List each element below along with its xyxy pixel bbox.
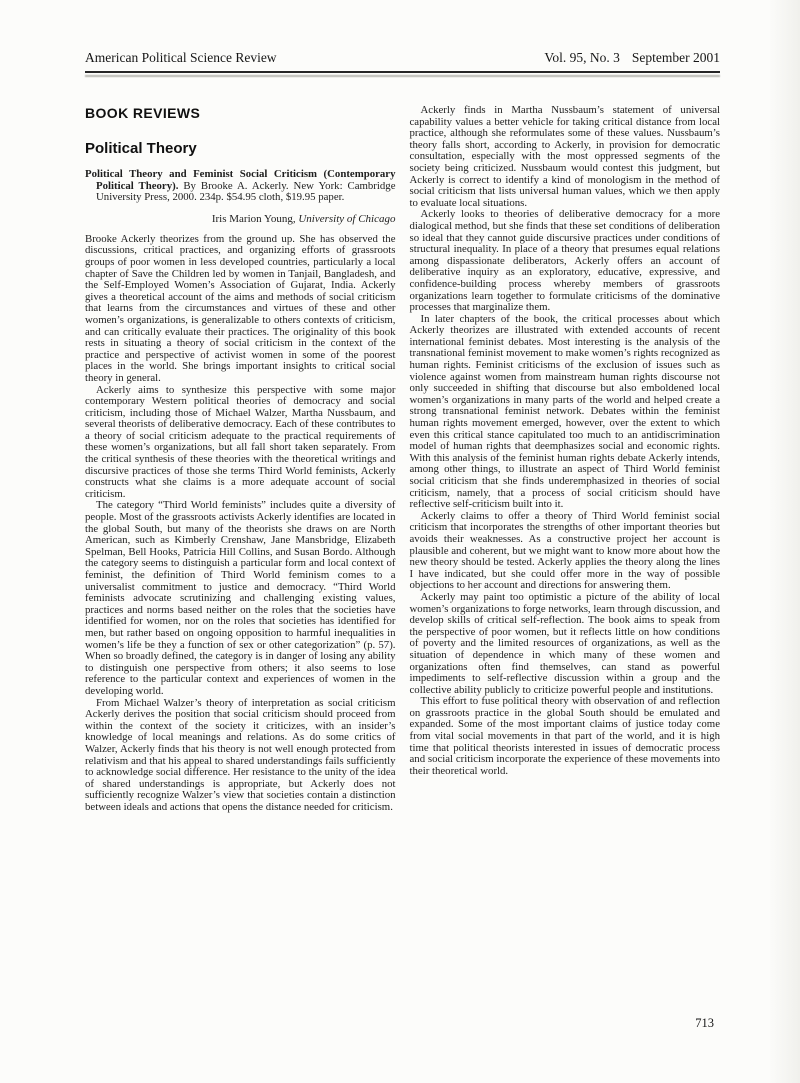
reviewer-affiliation: University of Chicago	[298, 213, 395, 225]
review-paragraph: Ackerly may paint too optimistic a pictu…	[410, 592, 721, 696]
header-rule-dark	[85, 71, 720, 73]
section-title: BOOK REVIEWS	[85, 105, 396, 121]
review-paragraph: This effort to fuse political theory wit…	[410, 696, 721, 777]
left-column: BOOK REVIEWS Political Theory Political …	[85, 105, 396, 813]
review-paragraph: From Michael Walzer’s theory of interpre…	[85, 698, 396, 814]
review-paragraph: Brooke Ackerly theorizes from the ground…	[85, 234, 396, 385]
book-citation: Political Theory and Feminist Social Cri…	[85, 169, 396, 204]
volume-number: Vol. 95, No. 3	[544, 50, 620, 66]
two-column-body: BOOK REVIEWS Political Theory Political …	[85, 105, 720, 813]
review-paragraph: Ackerly aims to synthesize this perspect…	[85, 385, 396, 501]
review-paragraph: The category “Third World feminists” inc…	[85, 500, 396, 697]
right-column: Ackerly finds in Martha Nussbaum’s state…	[410, 105, 721, 813]
issue-date: September 2001	[632, 50, 720, 66]
issue-info: Vol. 95, No. 3 September 2001	[544, 50, 720, 66]
journal-title: American Political Science Review	[85, 50, 277, 66]
review-paragraph: In later chapters of the book, the criti…	[410, 314, 721, 511]
review-paragraph: Ackerly claims to offer a theory of Thir…	[410, 511, 721, 592]
header-rule	[85, 71, 720, 77]
reviewer-name: Iris Marion Young,	[212, 213, 298, 225]
running-head: American Political Science Review Vol. 9…	[85, 50, 720, 66]
header-rule-light	[85, 75, 720, 77]
page-number: 713	[695, 1016, 714, 1031]
review-paragraph: Ackerly looks to theories of deliberativ…	[410, 209, 721, 313]
review-paragraph: Ackerly finds in Martha Nussbaum’s state…	[410, 105, 721, 209]
reviewer-byline: Iris Marion Young, University of Chicago	[85, 213, 396, 225]
left-column-text: Brooke Ackerly theorizes from the ground…	[85, 234, 396, 814]
journal-page: American Political Science Review Vol. 9…	[0, 0, 800, 813]
subsection-title: Political Theory	[85, 140, 396, 157]
right-column-text: Ackerly finds in Martha Nussbaum’s state…	[410, 105, 721, 777]
